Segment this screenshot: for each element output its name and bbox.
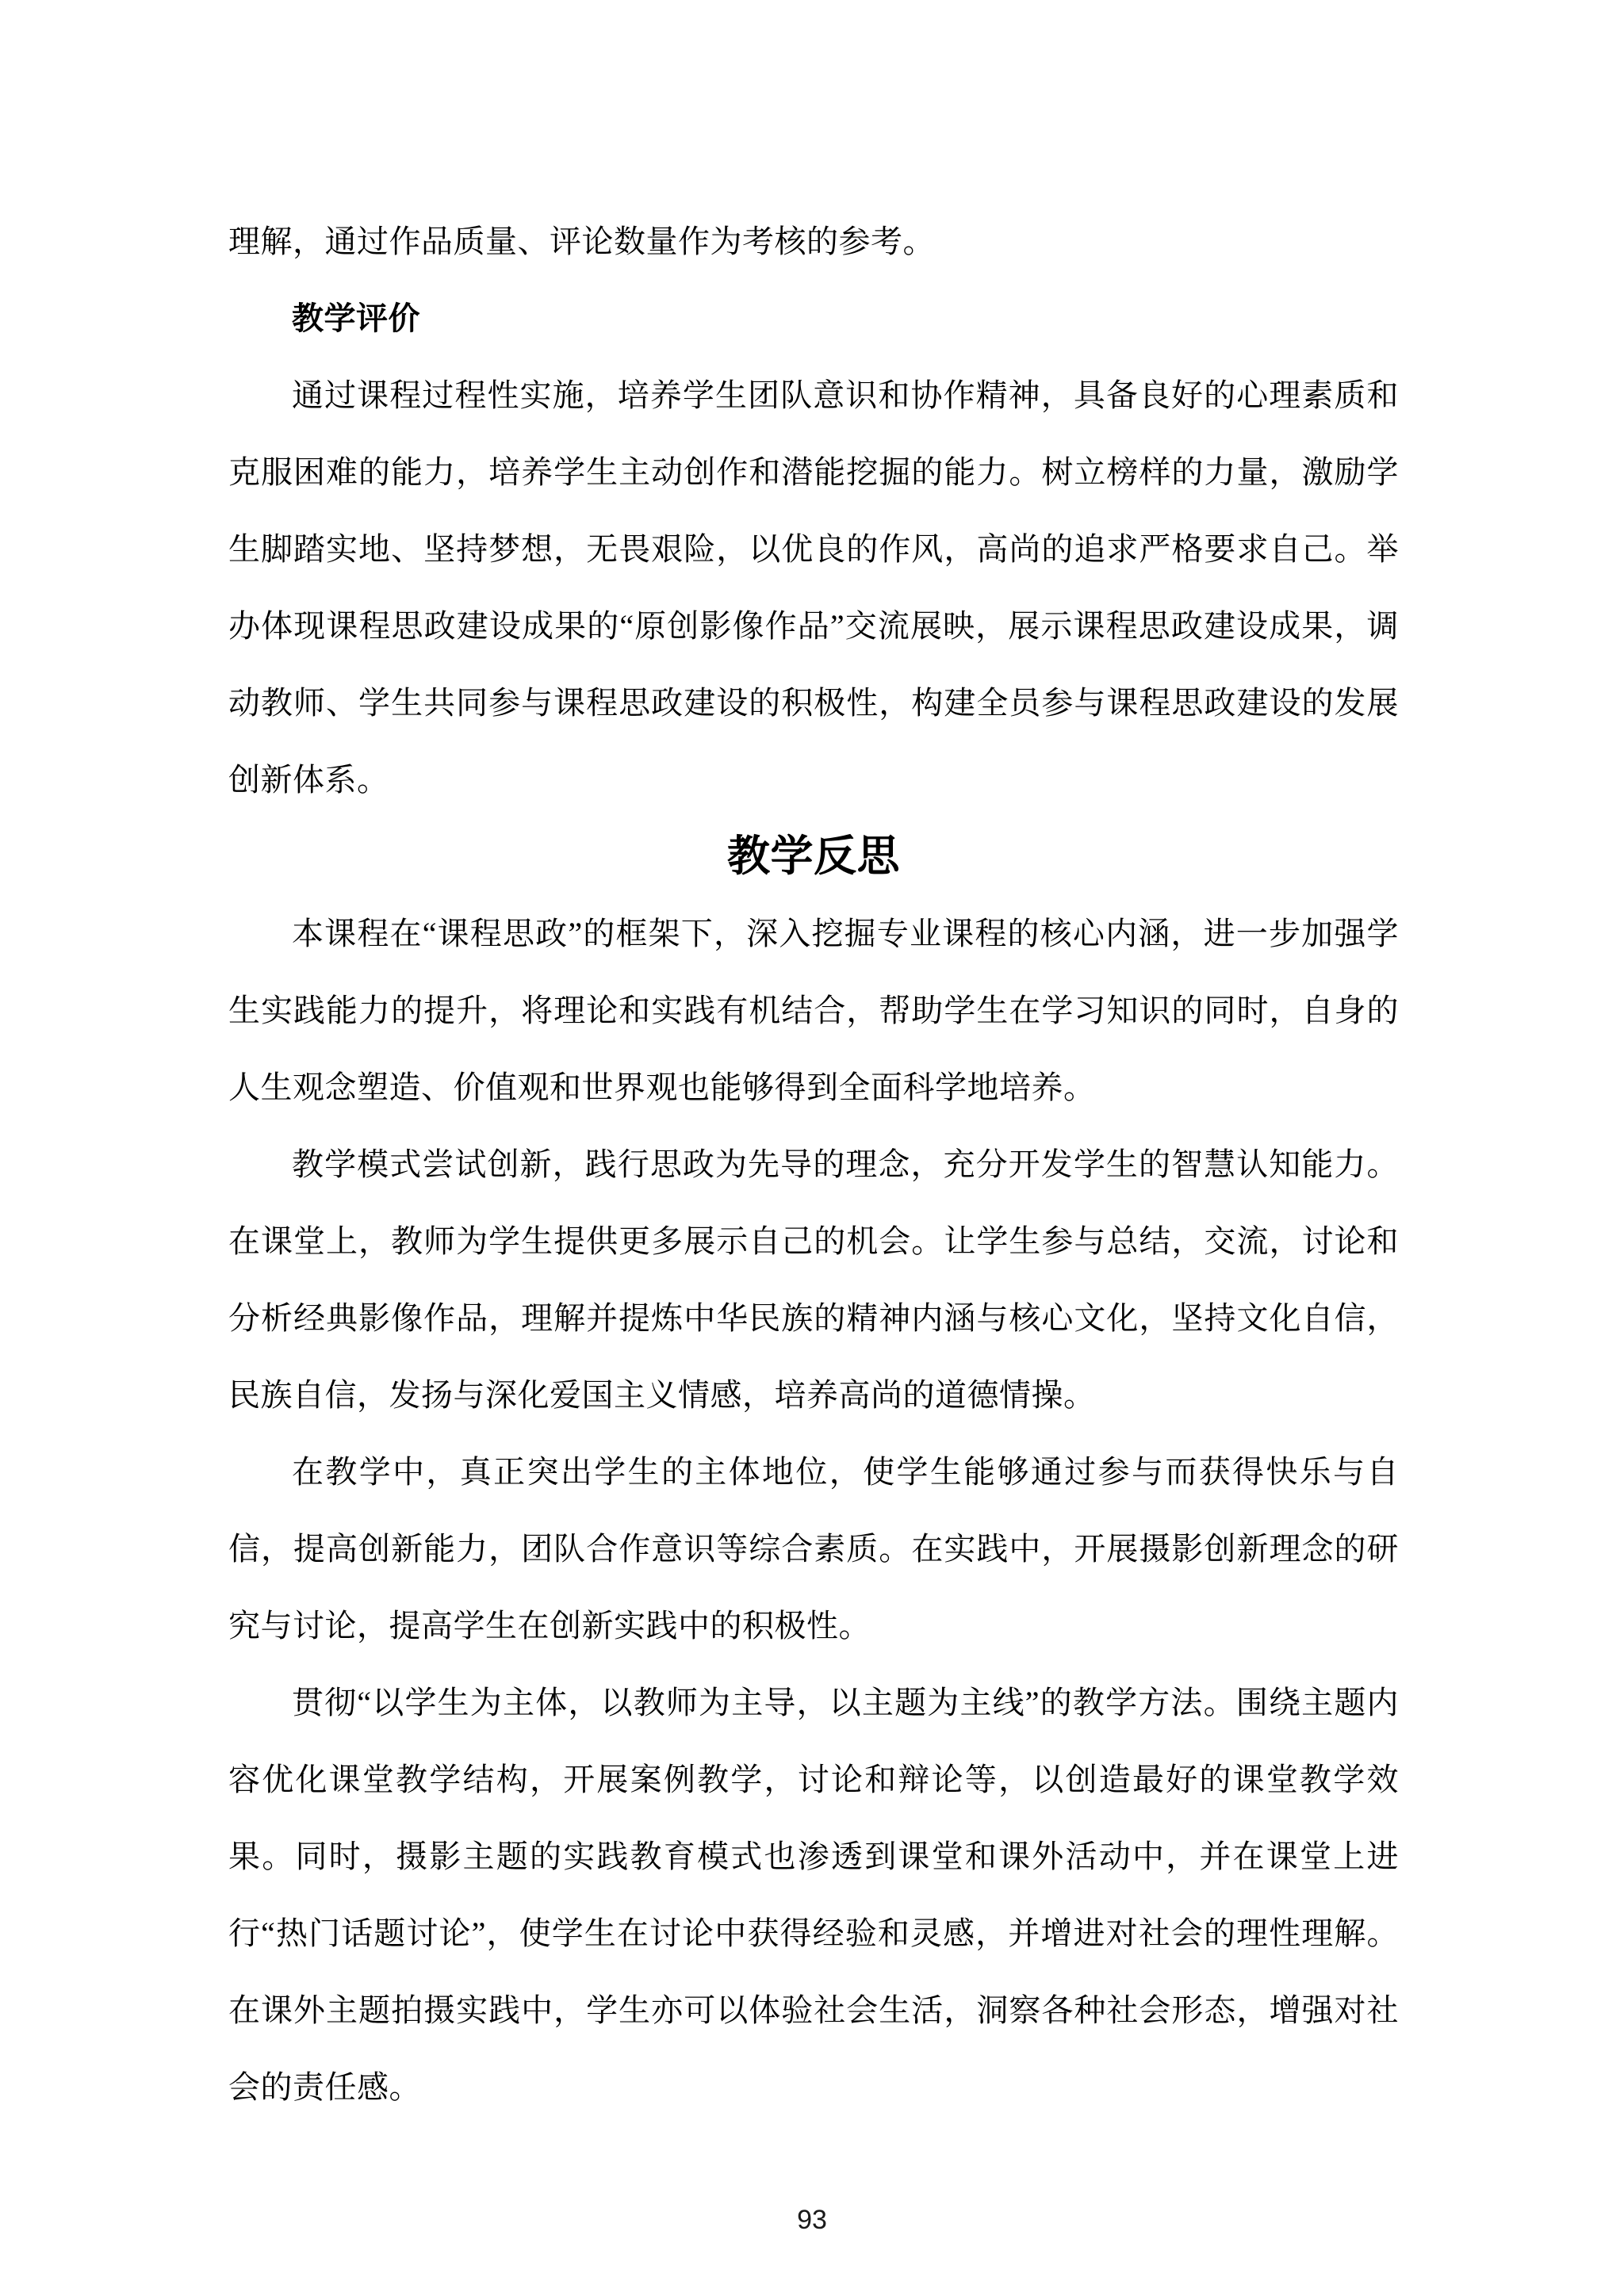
document-page: 理解，通过作品质量、评论数量作为考核的参考。 教学评价 通过课程过程性实施，培养… bbox=[0, 0, 1624, 2296]
paragraph-reflection-4: 贯彻“以学生为主体，以教师为主导，以主题为主线”的教学方法。围绕主题内容优化课堂… bbox=[228, 1664, 1399, 2126]
continuation-paragraph: 理解，通过作品质量、评论数量作为考核的参考。 bbox=[228, 203, 1399, 280]
page-number: 93 bbox=[0, 2204, 1624, 2236]
subheading-teaching-evaluation: 教学评价 bbox=[228, 280, 1399, 357]
paragraph-teaching-evaluation: 通过课程过程性实施，培养学生团队意识和协作精神，具备良好的心理素质和克服困难的能… bbox=[228, 357, 1399, 818]
paragraph-reflection-2: 教学模式尝试创新，践行思政为先导的理念，充分开发学生的智慧认知能力。在课堂上，教… bbox=[228, 1126, 1399, 1433]
document-text-block: 理解，通过作品质量、评论数量作为考核的参考。 教学评价 通过课程过程性实施，培养… bbox=[228, 203, 1399, 2126]
heading-teaching-reflection: 教学反思 bbox=[228, 818, 1399, 895]
paragraph-reflection-1: 本课程在“课程思政”的框架下，深入挖掘专业课程的核心内涵，进一步加强学生实践能力… bbox=[228, 895, 1399, 1126]
paragraph-reflection-3: 在教学中，真正突出学生的主体地位，使学生能够通过参与而获得快乐与自信，提高创新能… bbox=[228, 1433, 1399, 1664]
